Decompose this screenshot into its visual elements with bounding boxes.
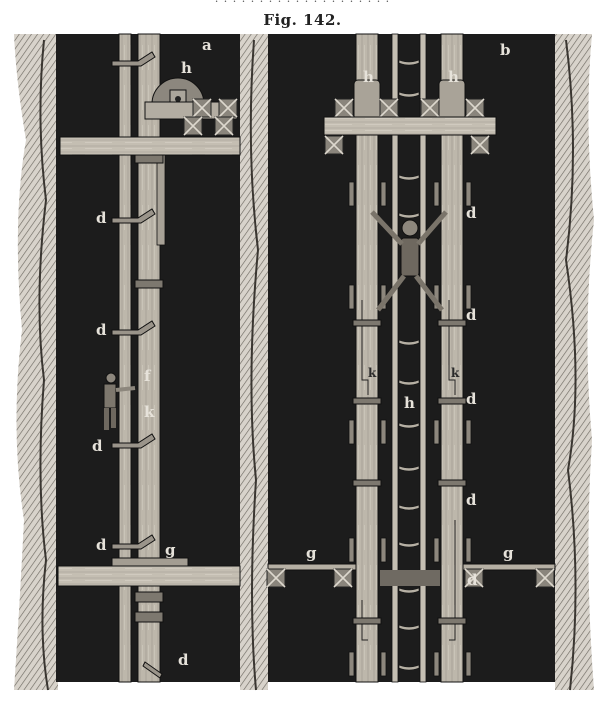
- label-panel-b: b: [500, 41, 511, 59]
- label-k-a: k: [144, 403, 155, 421]
- label-d-b-2: d: [466, 306, 477, 324]
- rock-wall-middle: [240, 34, 268, 690]
- label-d-a-4: d: [96, 536, 107, 554]
- label-k-b-1: k: [368, 366, 377, 380]
- crossbeam-top-a: [60, 137, 240, 155]
- label-h-b-2: h: [448, 68, 459, 86]
- label-panel-a: a: [202, 36, 212, 54]
- label-h-b-3: h: [404, 394, 415, 412]
- label-d-a-3: d: [92, 437, 103, 455]
- label-k-b-2: k: [451, 366, 460, 380]
- crossbeam-bottom-a: [58, 566, 240, 586]
- label-g-b-2: g: [503, 544, 514, 562]
- label-g-b-1: g: [306, 544, 317, 562]
- rock-wall-left: [14, 34, 58, 690]
- crossbeam-top-b: [324, 117, 496, 135]
- label-d-b-3: d: [466, 390, 477, 408]
- label-d-b-4: d: [466, 491, 477, 509]
- label-d-b-5: d: [467, 571, 478, 589]
- label-d-a-1: d: [96, 209, 107, 227]
- label-d-a-5: d: [178, 651, 189, 669]
- label-h-a: h: [181, 59, 192, 77]
- mine-shaft-engraving: a h d d d d d f k g: [0, 0, 605, 707]
- label-d-a-2: d: [96, 321, 107, 339]
- label-d-b-1: d: [466, 204, 477, 222]
- label-h-b-1: h: [363, 68, 374, 86]
- rock-wall-right: [555, 34, 594, 690]
- label-g-a: g: [165, 541, 176, 559]
